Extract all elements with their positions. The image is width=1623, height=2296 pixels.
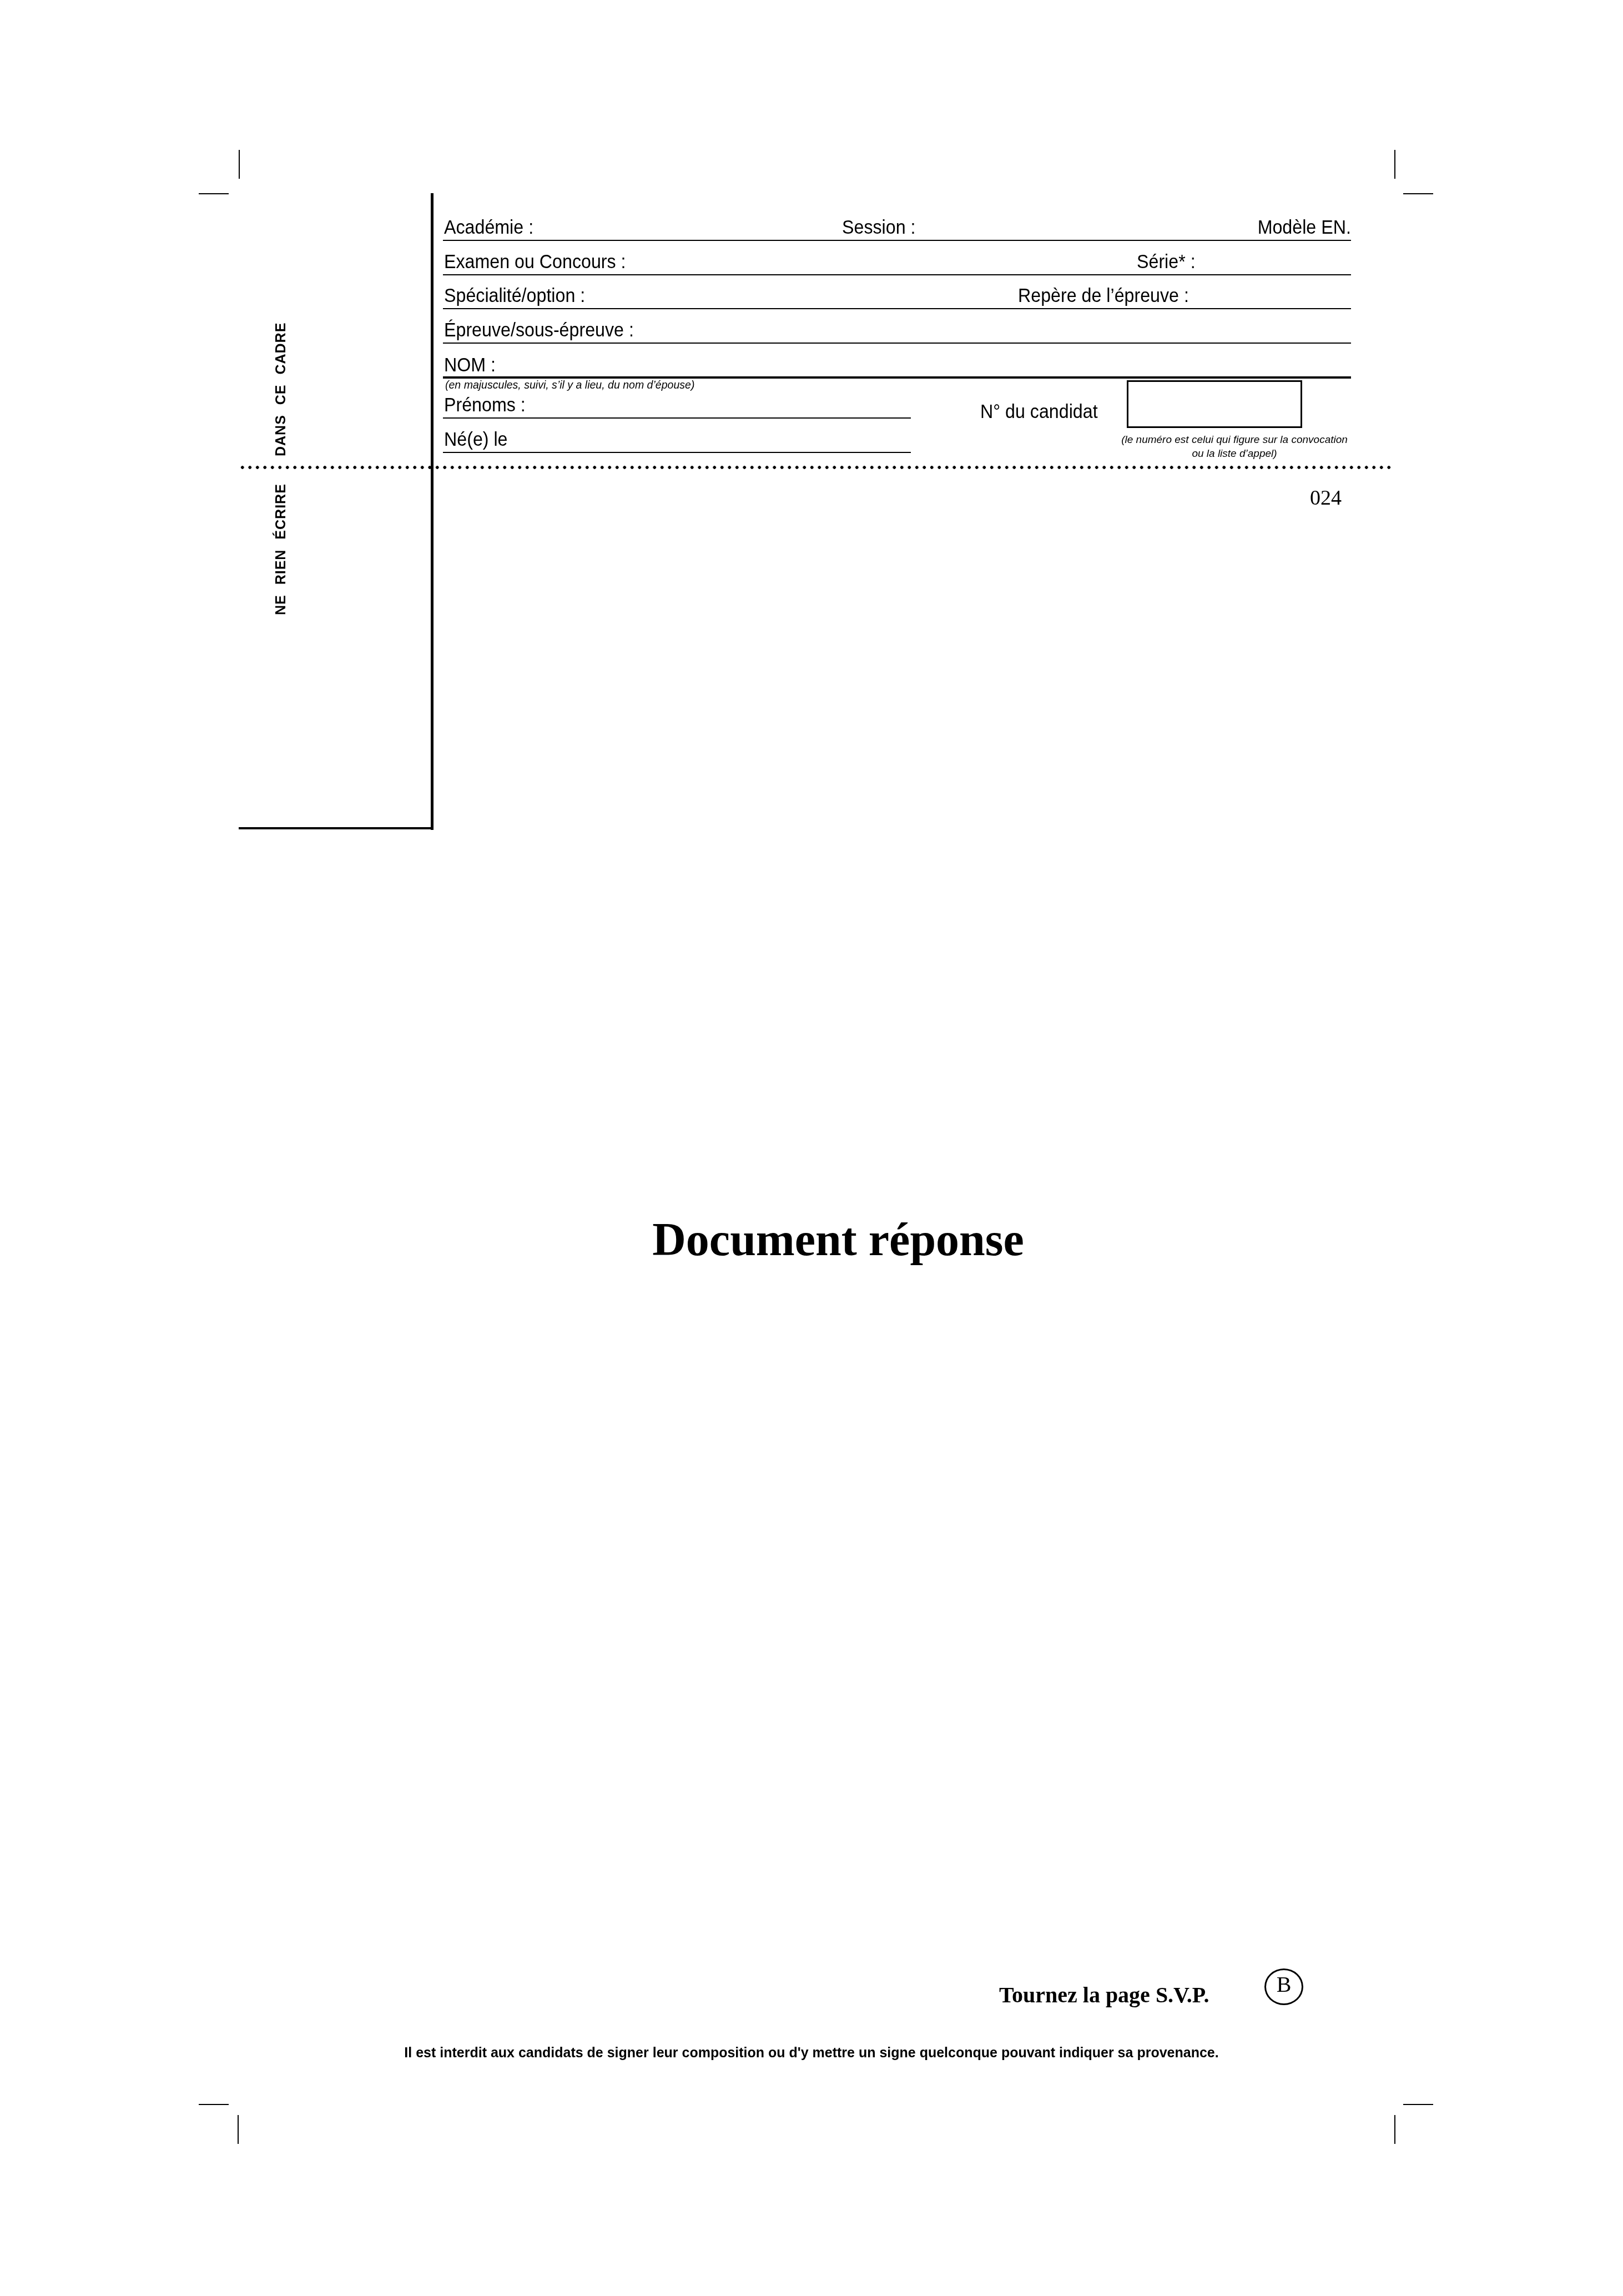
- candidate-number-label: N° du candidat: [980, 401, 1098, 423]
- margin-warning-top: DANS CE CADRE: [273, 323, 289, 456]
- margin-warning-bottom: NE RIEN ÉCRIRE: [273, 484, 289, 615]
- nom-row[interactable]: NOM :: [443, 349, 1351, 379]
- prenoms-row[interactable]: Prénoms :: [443, 390, 911, 419]
- crop-mark-top-right-horizontal: [1403, 193, 1433, 194]
- model-label: Modèle EN.: [1258, 216, 1351, 239]
- nom-label: NOM :: [444, 354, 496, 376]
- naissance-label: Né(e) le: [444, 429, 508, 451]
- version-badge: B: [1264, 1968, 1303, 2005]
- footer-warning: Il est interdit aux candidats de signer …: [0, 2045, 1623, 2061]
- academie-session-row[interactable]: Académie : Session : Modèle EN.: [443, 212, 1351, 241]
- naissance-row[interactable]: Né(e) le: [443, 424, 911, 453]
- academie-label: Académie :: [444, 216, 533, 239]
- document-title: Document réponse: [0, 1213, 1623, 1267]
- crop-mark-top-left-horizontal: [199, 193, 229, 194]
- serie-label: Série* :: [1137, 251, 1196, 273]
- exam-serie-row[interactable]: Examen ou Concours : Série* :: [443, 246, 1351, 275]
- cut-line-dotted: [239, 466, 1393, 469]
- prenoms-label: Prénoms :: [444, 394, 526, 416]
- repere-label: Repère de l’épreuve :: [1018, 285, 1189, 307]
- margin-frame-bottom-line: [239, 827, 434, 829]
- specialite-repere-row[interactable]: Spécialité/option : Repère de l’épreuve …: [443, 280, 1351, 309]
- form-code: 024: [1310, 486, 1342, 510]
- crop-mark-bottom-left-horizontal: [199, 2104, 229, 2105]
- margin-frame-vertical-line: [431, 193, 434, 830]
- crop-mark-bottom-right-vertical: [1394, 2115, 1395, 2144]
- specialite-label: Spécialité/option :: [444, 285, 585, 307]
- crop-mark-top-left-vertical: [239, 150, 240, 179]
- epreuve-row[interactable]: Épreuve/sous-épreuve :: [443, 315, 1351, 344]
- crop-mark-bottom-right-horizontal: [1403, 2104, 1433, 2105]
- exam-label: Examen ou Concours :: [444, 251, 626, 273]
- session-label: Session :: [842, 216, 915, 239]
- crop-mark-bottom-left-vertical: [238, 2115, 239, 2144]
- crop-mark-top-right-vertical: [1394, 150, 1395, 179]
- candidate-number-field[interactable]: [1127, 380, 1302, 428]
- epreuve-label: Épreuve/sous-épreuve :: [444, 319, 634, 341]
- candidate-number-note: (le numéro est celui qui figure sur la c…: [1118, 433, 1351, 461]
- turn-page-text: Tournez la page S.V.P.: [999, 1982, 1209, 2008]
